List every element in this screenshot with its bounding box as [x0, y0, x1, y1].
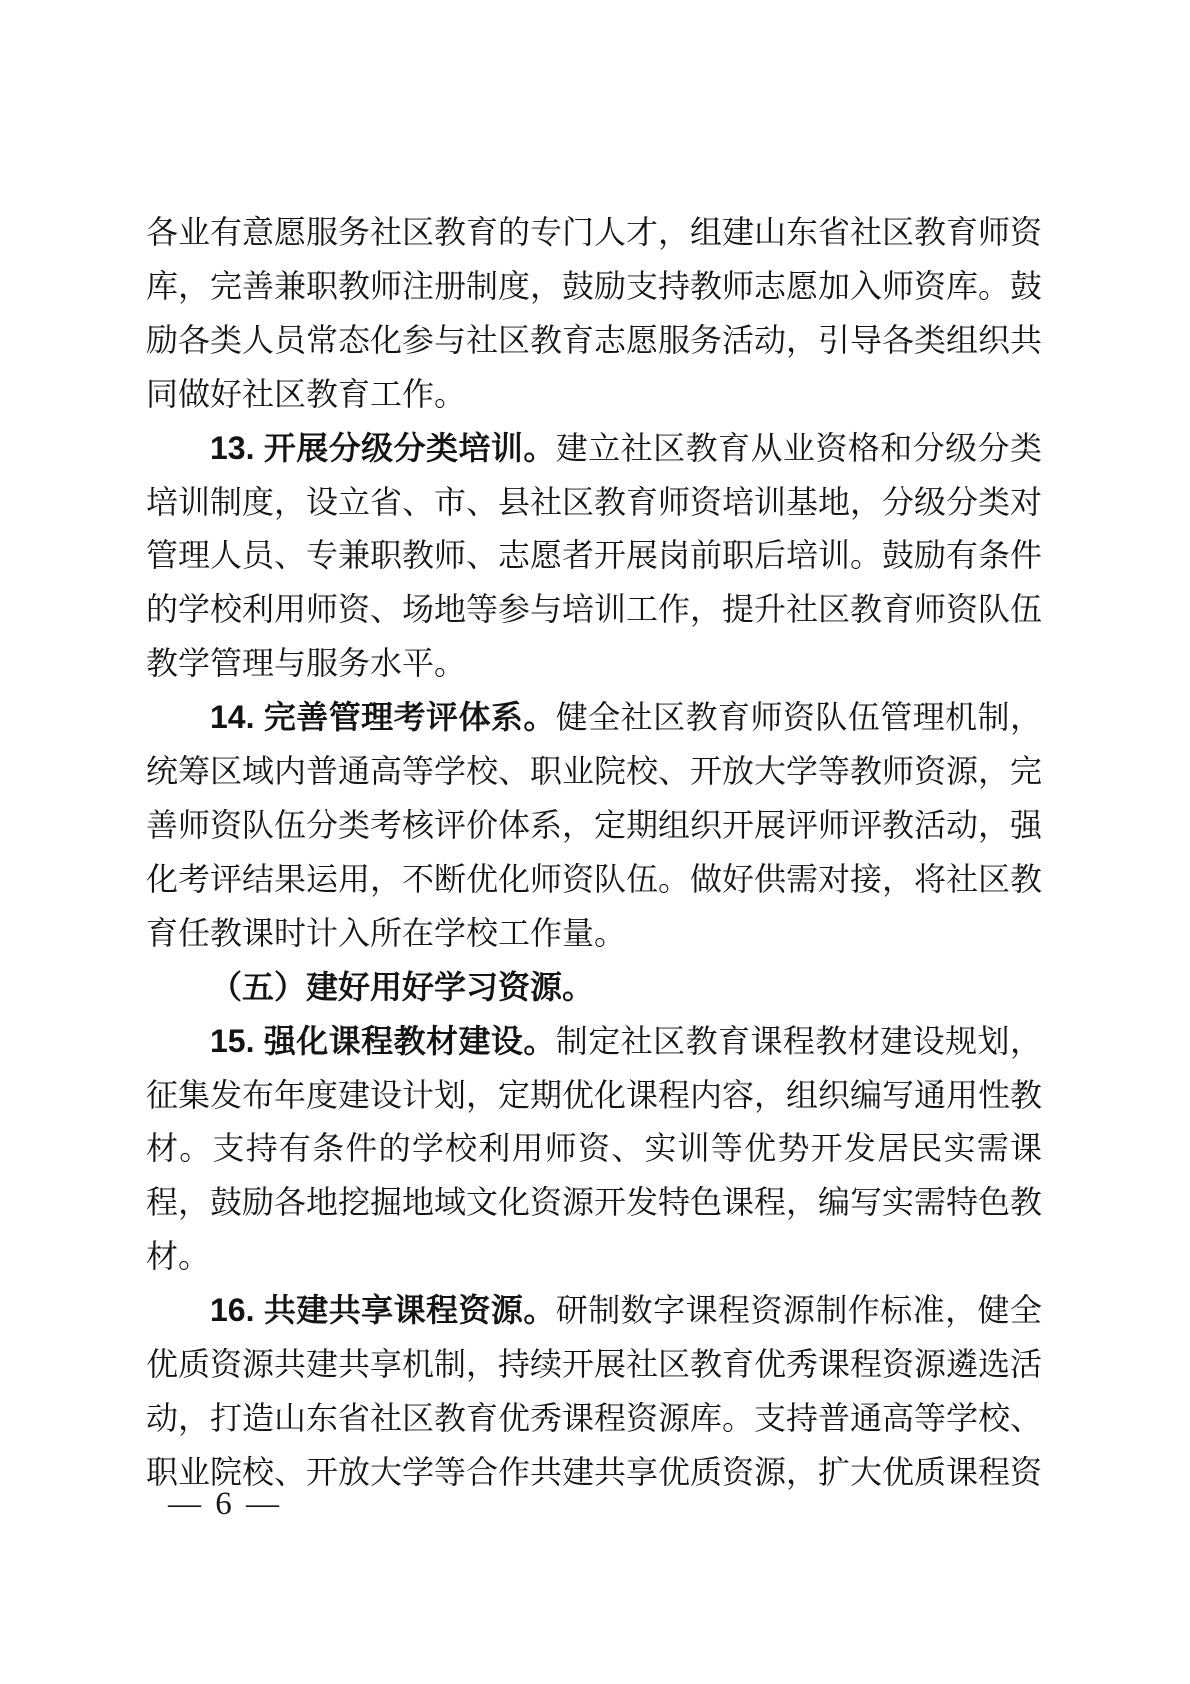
- item-13-text: 建立社区教育从业资格和分级分类培训制度，设立省、市、县社区教育师资培训基地，分级…: [146, 430, 1042, 682]
- document-body: 各业有意愿服务社区教育的专门人才，组建山东省社区教育师资库，完善兼职教师注册制度…: [146, 206, 1042, 1500]
- paragraph-item-13: 13. 开展分级分类培训。建立社区教育从业资格和分级分类培训制度，设立省、市、县…: [146, 422, 1042, 692]
- paragraph-continuation-text: 各业有意愿服务社区教育的专门人才，组建山东省社区教育师资库，完善兼职教师注册制度…: [146, 214, 1042, 412]
- item-13-heading: 13. 开展分级分类培训。: [210, 430, 556, 466]
- item-14-heading: 14. 完善管理考评体系。: [210, 699, 556, 735]
- page-number: — 6 —: [168, 1486, 282, 1523]
- paragraph-section-5-heading: （五）建好用好学习资源。: [146, 961, 1042, 1015]
- item-16-heading: 16. 共建共享课程资源。: [210, 1292, 556, 1328]
- paragraph-item-15: 15. 强化课程教材建设。制定社区教育课程教材建设规划，征集发布年度建设计划，定…: [146, 1015, 1042, 1285]
- paragraph-item-16: 16. 共建共享课程资源。研制数字课程资源制作标准，健全优质资源共建共享机制，持…: [146, 1284, 1042, 1500]
- section-5-heading: （五）建好用好学习资源。: [210, 969, 594, 1005]
- paragraph-item-14: 14. 完善管理考评体系。健全社区教育师资队伍管理机制，统筹区域内普通高等学校、…: [146, 691, 1042, 961]
- item-14-text: 健全社区教育师资队伍管理机制，统筹区域内普通高等学校、职业院校、开放大学等教师资…: [146, 699, 1042, 951]
- item-15-heading: 15. 强化课程教材建设。: [210, 1023, 556, 1059]
- document-page: 各业有意愿服务社区教育的专门人才，组建山东省社区教育师资库，完善兼职教师注册制度…: [0, 0, 1190, 1684]
- paragraph-continuation: 各业有意愿服务社区教育的专门人才，组建山东省社区教育师资库，完善兼职教师注册制度…: [146, 206, 1042, 422]
- item-15-text: 制定社区教育课程教材建设规划，征集发布年度建设计划，定期优化课程内容，组织编写通…: [146, 1023, 1042, 1275]
